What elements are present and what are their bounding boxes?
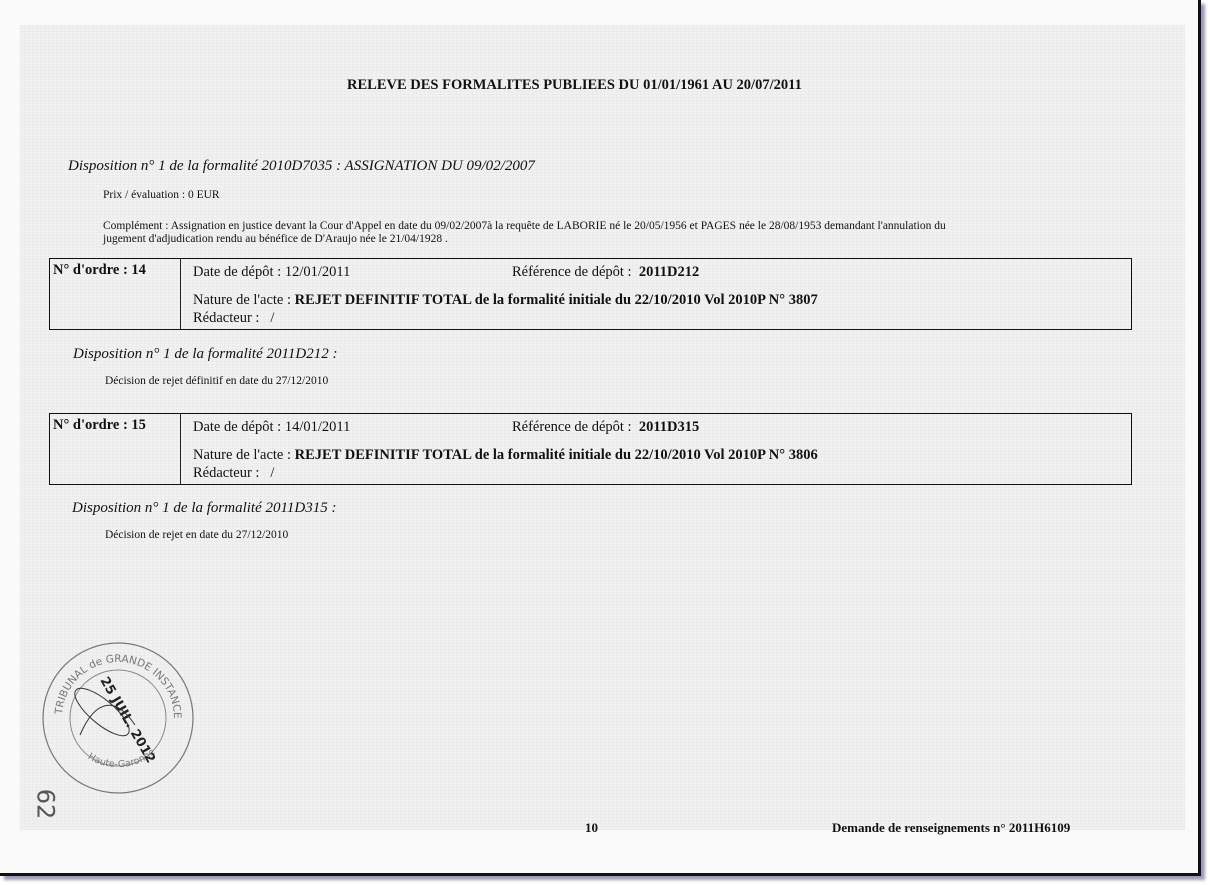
document-title: RELEVE DES FORMALITES PUBLIEES DU 01/01/… xyxy=(347,77,802,94)
scanned-page: RELEVE DES FORMALITES PUBLIEES DU 01/01/… xyxy=(0,0,1201,876)
entry-order: N° d'ordre : 14 xyxy=(50,259,181,329)
price-line: Prix / évaluation : 0 EUR xyxy=(103,189,220,201)
svg-text:25 JUIL. 2012: 25 JUIL. 2012 xyxy=(97,675,158,766)
decision-line: Décision de rejet définitif en date du 2… xyxy=(105,375,328,387)
deposit-reference: Référence de dépôt : 2011D315 xyxy=(512,419,699,436)
court-stamp-icon: TRIBUNAL de GRANDE INSTANCE de TOULOUSE … xyxy=(40,640,196,796)
handwritten-number: 62 xyxy=(31,789,59,820)
entry-box: N° d'ordre : 15 Date de dépôt : 14/01/20… xyxy=(49,413,1132,485)
page-number: 10 xyxy=(585,820,598,836)
decision-line: Décision de rejet en date du 27/12/2010 xyxy=(105,529,288,541)
complement-line: Complément : Assignation en justice deva… xyxy=(103,220,946,232)
entry-box: N° d'ordre : 14 Date de dépôt : 12/01/20… xyxy=(49,258,1132,330)
disposition-heading: Disposition n° 1 de la formalité 2011D31… xyxy=(72,500,336,517)
request-reference: Demande de renseignements n° 2011H6109 xyxy=(832,820,1070,836)
deposit-reference: Référence de dépôt : 2011D212 xyxy=(512,264,699,281)
disposition-heading: Disposition n° 1 de la formalité 2010D70… xyxy=(68,158,535,175)
deposit-date: Date de dépôt : 14/01/2011 xyxy=(193,419,350,436)
disposition-heading: Disposition n° 1 de la formalité 2011D21… xyxy=(73,346,337,363)
act-nature: Nature de l'acte : REJET DEFINITIF TOTAL… xyxy=(193,292,818,309)
redacteur: Rédacteur : / xyxy=(193,465,274,482)
act-nature: Nature de l'acte : REJET DEFINITIF TOTAL… xyxy=(193,447,818,464)
deposit-date: Date de dépôt : 12/01/2011 xyxy=(193,264,350,281)
redacteur: Rédacteur : / xyxy=(193,310,274,327)
entry-order: N° d'ordre : 15 xyxy=(50,414,181,484)
complement-line-2: jugement d'adjudication rendu au bénéfic… xyxy=(103,233,448,245)
